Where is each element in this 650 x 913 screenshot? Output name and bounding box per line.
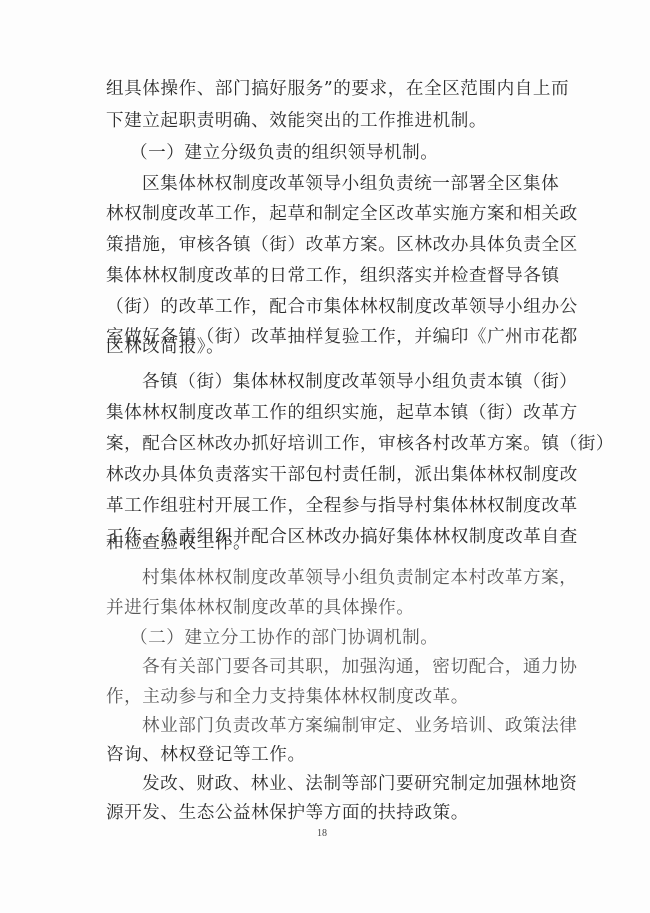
text-line: 下建立起职责明确、效能突出的工作推进机制。 — [106, 110, 546, 132]
text-line: 咨询、林权登记等工作。 — [106, 744, 546, 766]
text-line: 集体林权制度改革的日常工作，组织落实并检查督导各镇 — [106, 265, 546, 287]
text-line: 组具体操作、部门搞好服务”的要求，在全区范围内自上而 — [106, 78, 546, 100]
text-line: 策措施，审核各镇（街）改革方案。区林改办具体负责全区 — [106, 234, 546, 256]
document-page: 组具体操作、部门搞好服务”的要求，在全区范围内自上而 下建立起职责明确、效能突出… — [0, 0, 650, 913]
text-line: 作，主动参与和全力支持集体林权制度改革。 — [106, 686, 546, 708]
text-line: 和检查验收工作。 — [106, 532, 546, 554]
text-line: 林业部门负责改革方案编制审定、业务培训、政策法律 — [142, 715, 546, 737]
text-line: 林权制度改革工作，起草和制定全区改革实施方案和相关政 — [106, 203, 546, 225]
section-heading-2: （二）建立分工协作的部门协调机制。 — [130, 627, 546, 649]
text-line: 各镇（街）集体林权制度改革领导小组负责本镇（街） — [142, 371, 546, 393]
text-line: 并进行集体林权制度改革的具体操作。 — [106, 597, 546, 619]
text-line: 各有关部门要各司其职，加强沟通，密切配合，通力协 — [142, 656, 546, 678]
text-line: 区集体林权制度改革领导小组负责统一部署全区集体 — [142, 173, 546, 195]
text-line: 发改、财政、林业、法制等部门要研究制定加强林地资 — [142, 773, 546, 795]
text-line: 源开发、生态公益林保护等方面的扶持政策。 — [106, 802, 546, 824]
text-line: 林改办具体负责落实干部包村责任制，派出集体林权制度改 — [106, 464, 546, 486]
text-line: 村集体林权制度改革领导小组负责制定本村改革方案， — [142, 567, 546, 589]
text-line: 集体林权制度改革工作的组织实施，起草本镇（街）改革方 — [106, 402, 546, 424]
text-line: 区林改简报》。 — [106, 336, 546, 358]
text-line: 案，配合区林改办抓好培训工作，审核各村改革方案。镇（街） — [106, 433, 546, 455]
text-line: 革工作组驻村开展工作，全程参与指导村集体林权制度改革 — [106, 495, 546, 517]
page-number: 18 — [310, 828, 334, 839]
section-heading-1: （一）建立分级负责的组织领导机制。 — [130, 142, 546, 164]
text-line: （街）的改革工作，配合市集体林权制度改革领导小组办公 — [106, 296, 546, 318]
